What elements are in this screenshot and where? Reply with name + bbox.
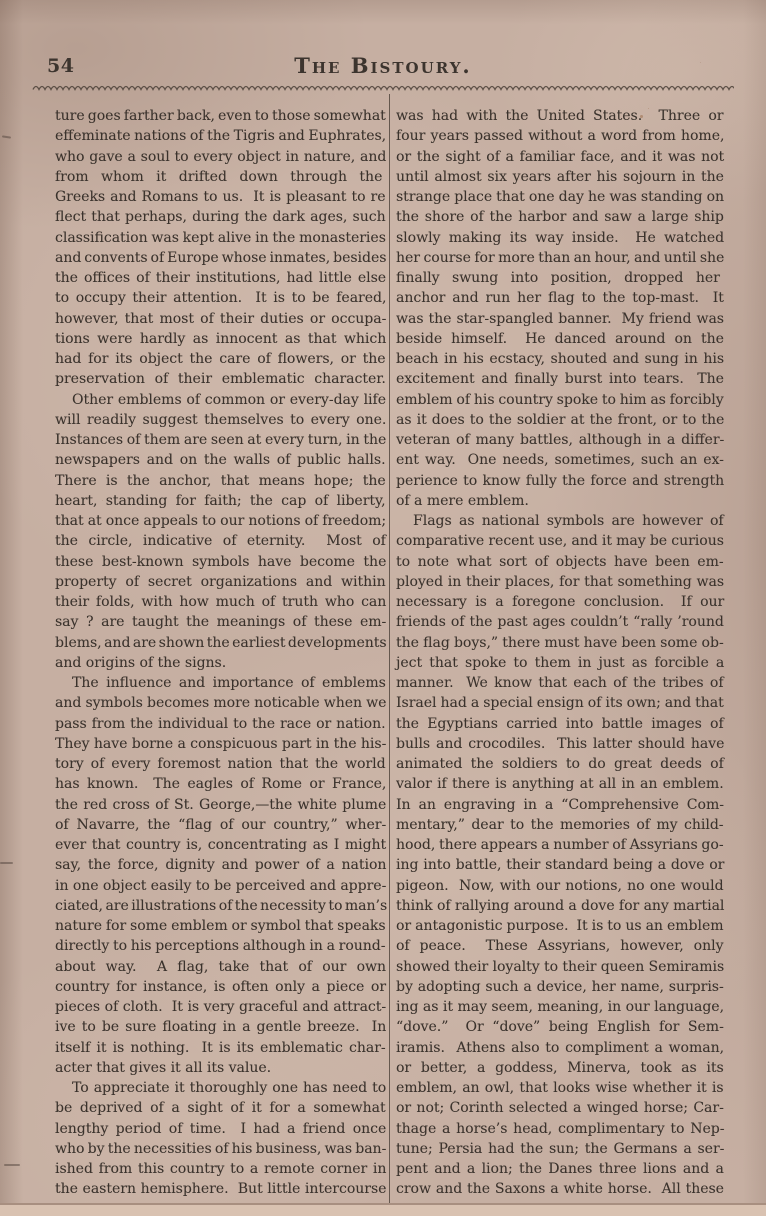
text-line: bulls and crocodiles. This latter should… [396,734,724,754]
text-line: that at once appeals to our notions of f… [55,511,386,531]
text-line: emblem of his country spoke to him as fo… [396,390,724,410]
text-line: or better, a goddess, Minerva, took as i… [396,1058,724,1078]
text-line: To appreciate it thoroughly one has need… [55,1078,386,1098]
text-line: ciated, are illustrations of the necessi… [55,896,386,916]
text-line: however, that most of their duties or oc… [55,309,386,329]
text-line: pent and a lion; the Danes three lions a… [396,1159,724,1179]
text-line: Greeks and Romans to us. It is pleasant … [55,187,386,207]
text-line: was the star-spangled banner. My friend … [396,309,724,329]
text-line: emblem, an owl, that looks wise whether … [396,1078,724,1098]
text-line: to note what sort of objects have been e… [396,552,724,572]
text-line: pieces of cloth. It is very graceful and… [55,997,386,1017]
text-line: four years passed without a word from ho… [396,126,724,146]
text-line: They have borne a conspicuous part in th… [55,734,386,754]
text-line: to occupy their attention. It is to be f… [55,288,386,308]
column-divider [389,94,390,1204]
text-line: pass from the individual to the race or … [55,714,386,734]
text-line: who by the necessities of his business, … [55,1139,386,1159]
text-line: say, the force, dignity and power of a n… [55,855,386,875]
journal-title: The Bistoury. [0,53,766,78]
page-bottom-edge [0,1203,766,1216]
text-line: preservation of their emblematic charact… [55,369,386,389]
text-line: her course for more than an hour, and un… [396,248,724,268]
wavy-rule [32,83,734,93]
text-line: acter that gives it all its value. [55,1058,386,1078]
text-line: the circle, indicative of eternity. Most… [55,531,386,551]
text-line: of a mere emblem. [396,491,724,511]
text-line: ive to be sure floating in a gentle bree… [55,1017,386,1037]
text-line: lengthy period of time. I had a friend o… [55,1119,386,1139]
text-line: beside himself. He danced around on the [396,329,724,349]
text-line: perience to know fully the force and str… [396,471,724,491]
text-line: newspapers and on the walls of public ha… [55,450,386,470]
text-line: of peace. These Assyrians, however, only [396,936,724,956]
margin-mark [4,1164,20,1166]
text-line: hood, there appears a number of Assyrian… [396,835,724,855]
text-line: Israel had a special ensign of its own; … [396,693,724,713]
text-line: or not; Corinth selected a winged horse;… [396,1098,724,1118]
text-line: has known. The eagles of Rome or France, [55,774,386,794]
text-line: was had with the United States. Three or [396,106,724,126]
text-line: in one object easily to be perceived and… [55,876,386,896]
text-line: beach in his ecstacy, shouted and sung i… [396,349,724,369]
text-line: will readily suggest themselves to every… [55,410,386,430]
text-line: finally swung into position, dropped her [396,268,724,288]
text-line: had for its object the care of flowers, … [55,349,386,369]
text-line: country for instance, is often only a pi… [55,977,386,997]
text-line: tune; Persia had the sun; the Germans a … [396,1139,724,1159]
text-line: In an engraving in a “Comprehensive Com- [396,795,724,815]
text-line: thage a horse’s head, complimentary to N… [396,1119,724,1139]
text-column-right: was had with the United States. Three or… [396,106,724,1200]
text-line: of Navarre, the “flag of our country,” w… [55,815,386,835]
text-line: comparative recent use, and it may be cu… [396,531,724,551]
text-line: veteran of many battles, although in a d… [396,430,724,450]
text-line: itself it is nothing. It is its emblemat… [55,1038,386,1058]
text-line: tions were hardly as innocent as that wh… [55,329,386,349]
text-line: the flag boys,” there must have been som… [396,633,724,653]
text-line: or the sight of a familiar face, and it … [396,147,724,167]
text-line: There is the anchor, that means hope; th… [55,471,386,491]
text-line: directly to his perceptions although in … [55,936,386,956]
text-line: iramis. Athens also to compliment a woma… [396,1038,724,1058]
text-line: the eastern hemisphere. But little inter… [55,1179,386,1199]
paper-specks [0,0,1,1]
text-line: by adopting such a device, her name, sur… [396,977,724,997]
text-line: Flags as national symbols are however of [396,511,724,531]
text-line: and symbols becomes more noticable when … [55,693,386,713]
text-line: as it does to the soldier at the front, … [396,410,724,430]
text-line: The influence and importance of emblems [55,673,386,693]
text-line: mentary,” dear to the memories of my chi… [396,815,724,835]
text-line: showed their loyalty to their queen Semi… [396,957,724,977]
text-line: ing into battle, their standard being a … [396,855,724,875]
text-line: the red cross of St. George,—the white p… [55,795,386,815]
text-line: pigeon. Now, with our notions, no one wo… [396,876,724,896]
text-line: ployed in their places, for that somethi… [396,572,724,592]
text-line: necessary is a foregone conclusion. If o… [396,592,724,612]
text-line: ject that spoke to them in just as forci… [396,653,724,673]
text-line: Other emblems of common or every-day lif… [55,390,386,410]
text-line: animated the soldiers to do great deeds … [396,754,724,774]
text-line: “dove.” Or “dove” being English for Sem- [396,1017,724,1037]
text-line: flect that perhaps, during the dark ages… [55,207,386,227]
text-line: ent way. One needs, sometimes, such an e… [396,450,724,470]
text-line: anchor and run her flag to the top-mast.… [396,288,724,308]
text-line: or antagonistic purpose. It is to us an … [396,916,724,936]
text-line: property of secret organizations and wit… [55,572,386,592]
text-column-left: ture goes farther back, even to those so… [55,106,386,1200]
text-line: friends of the past ages couldn’t “rally… [396,612,724,632]
text-line: manner. We know that each of the tribes … [396,673,724,693]
text-line: tory of every foremost nation that the w… [55,754,386,774]
text-line: strange place that one day he was standi… [396,187,724,207]
text-line: about way. A flag, take that of our own [55,957,386,977]
text-line: until almost six years after his sojourn… [396,167,724,187]
text-line: blems, and are shown the earliest develo… [55,633,386,653]
text-line: say ? are taught the meanings of these e… [55,612,386,632]
text-line: and origins of the signs. [55,653,386,673]
text-line: their folds, with how much of truth who … [55,592,386,612]
text-line: ing as it may seem, meaning, in our lang… [396,997,724,1017]
text-line: from whom it drifted down through the [55,167,386,187]
text-line: Instances of them are seen at every turn… [55,430,386,450]
text-line: valor if there is anything at all in an … [396,774,724,794]
text-line: ished from this country to a remote corn… [55,1159,386,1179]
text-line: nature for some emblem or symbol that sp… [55,916,386,936]
text-line: heart, standing for faith; the cap of li… [55,491,386,511]
text-line: ture goes farther back, even to those so… [55,106,386,126]
text-line: crow and the Saxons a white horse. All t… [396,1179,724,1199]
text-line: who gave a soul to every object in natur… [55,147,386,167]
text-line: think of rallying around a dove for any … [396,896,724,916]
text-line: the shore of the harbor and saw a large … [396,207,724,227]
text-line: slowly making its way inside. He watched [396,228,724,248]
margin-mark [2,135,11,138]
margin-mark [0,862,13,864]
text-line: be deprived of a sight of it for a somew… [55,1098,386,1118]
text-line: the offices of their institutions, had l… [55,268,386,288]
text-line: and convents of Europe whose inmates, be… [55,248,386,268]
text-line: effeminate nations of the Tigris and Eup… [55,126,386,146]
text-line: the Egyptians carried into battle images… [396,714,724,734]
text-line: classification was kept alive in the mon… [55,228,386,248]
text-line: these best-known symbols have become the [55,552,386,572]
text-line: excitement and finally burst into tears.… [396,369,724,389]
text-line: ever that country is, concentrating as I… [55,835,386,855]
